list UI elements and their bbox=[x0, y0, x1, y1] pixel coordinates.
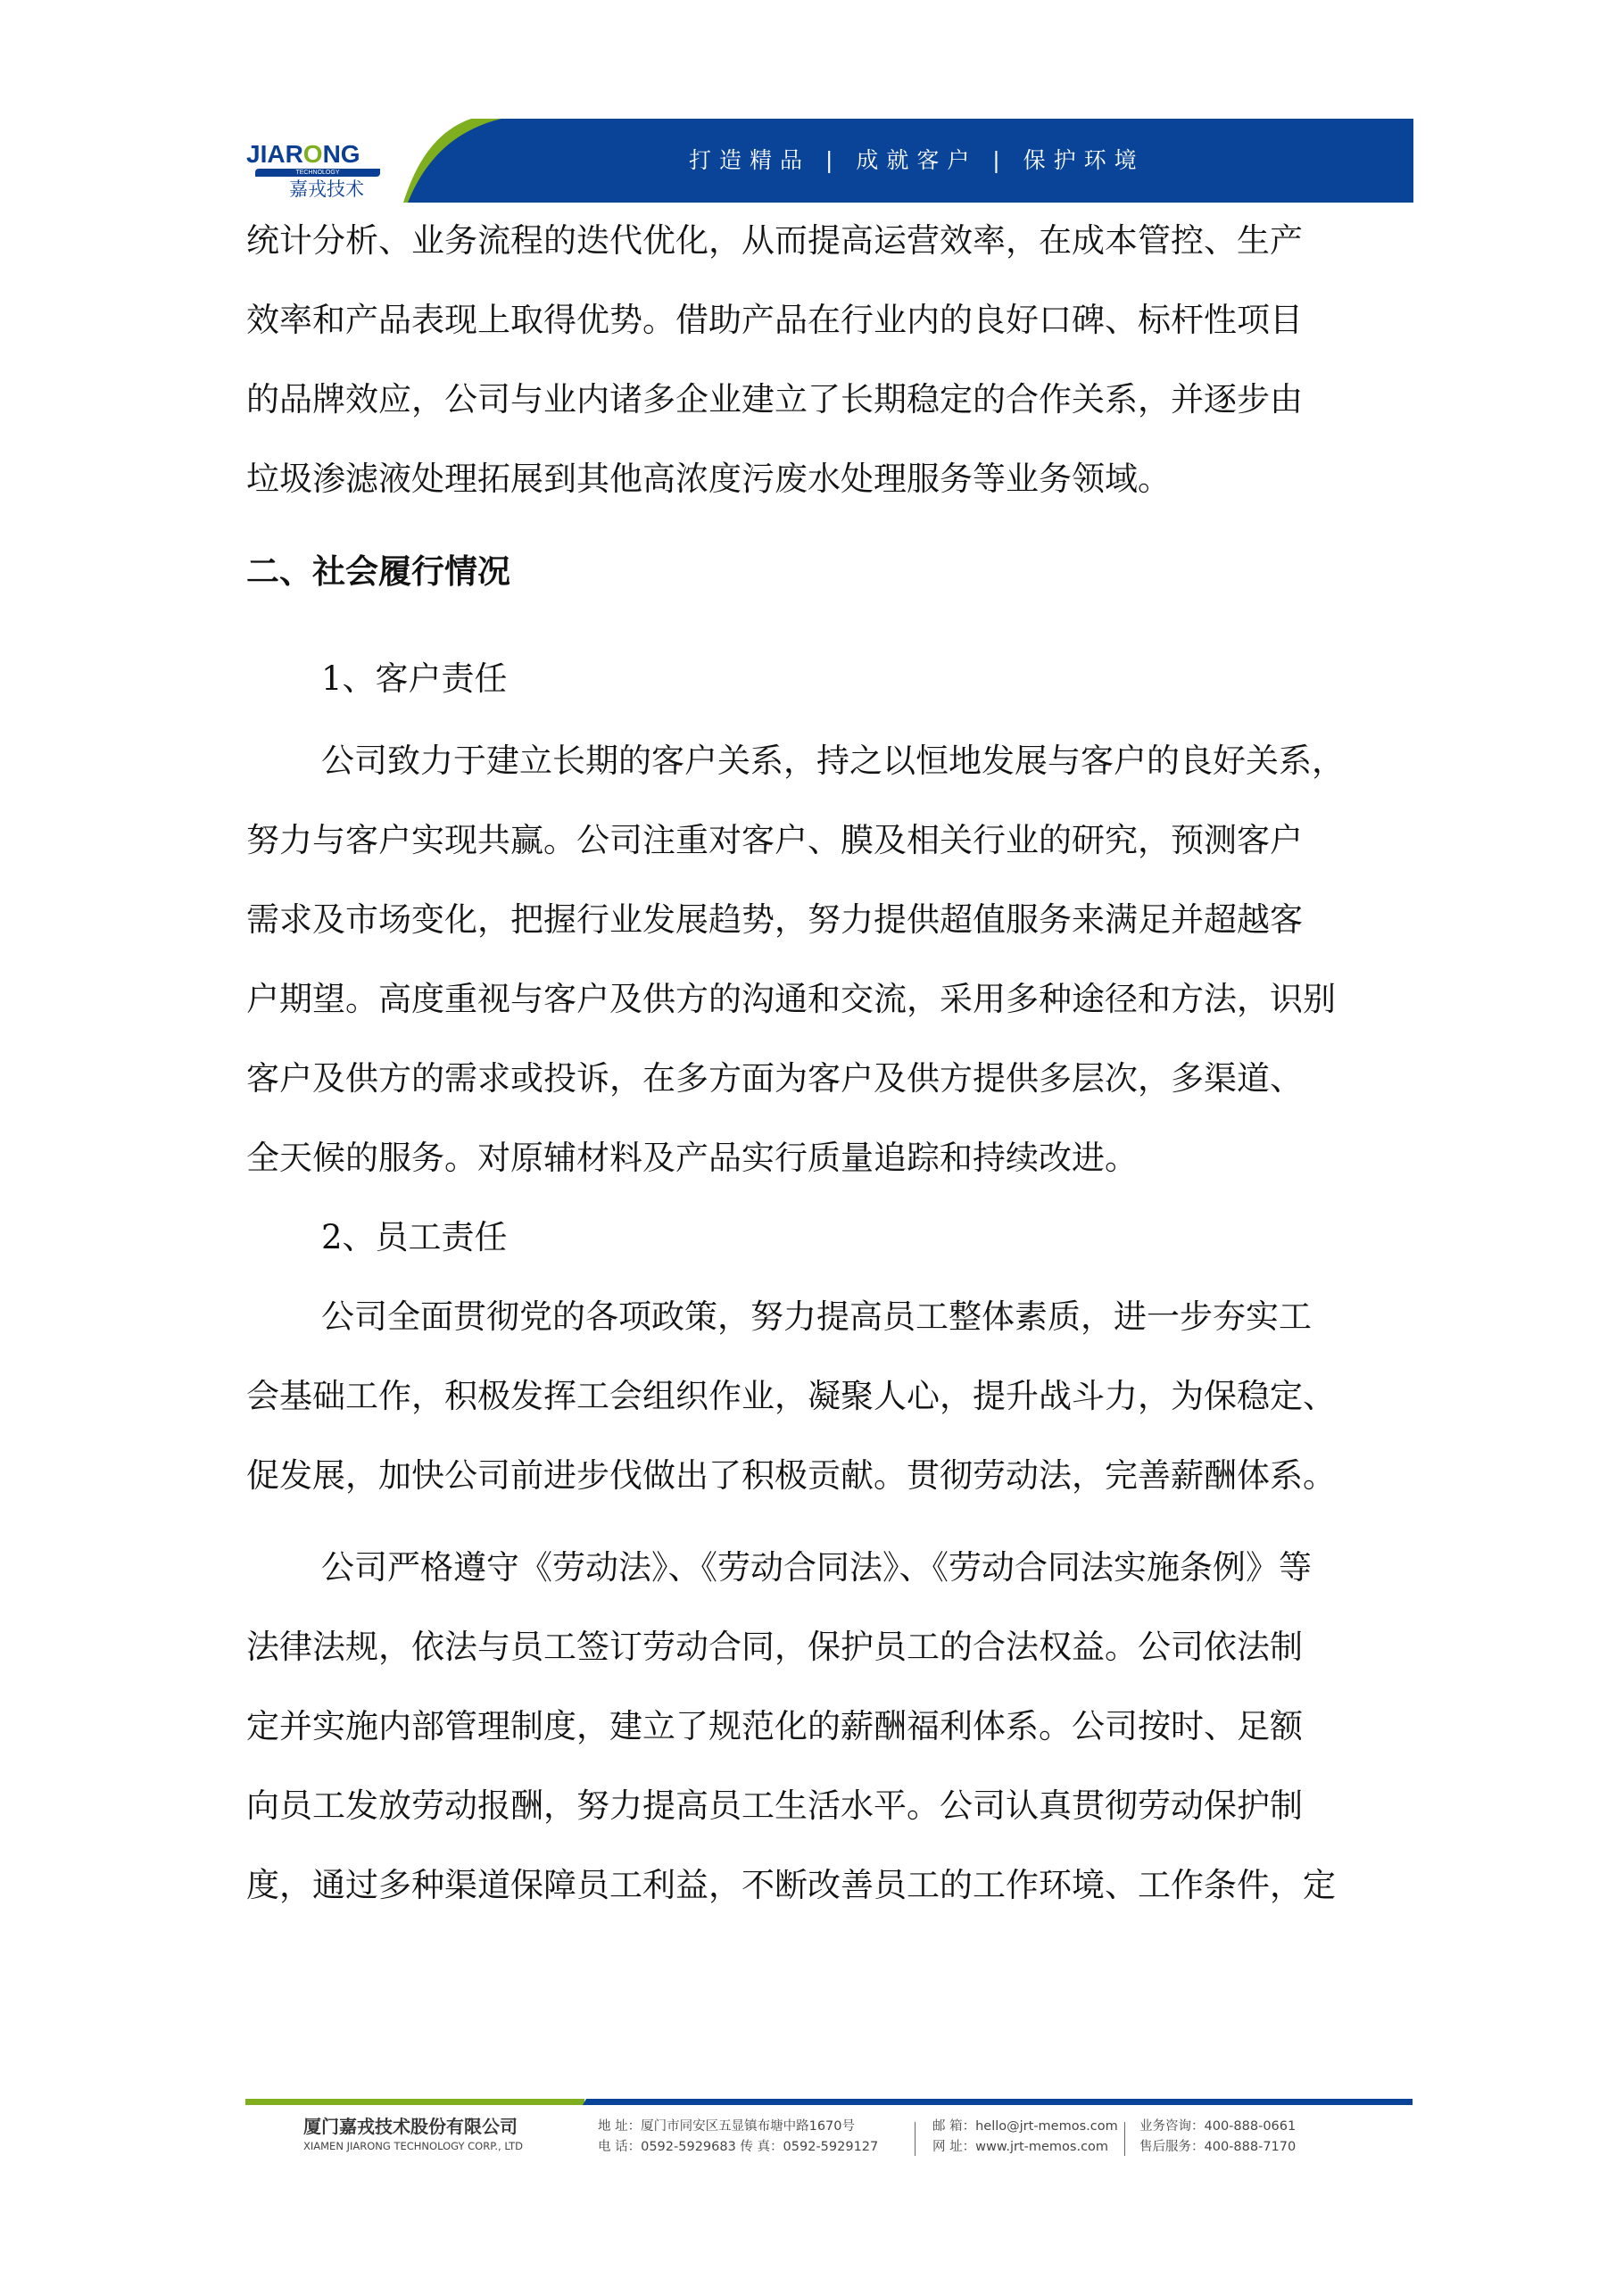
body-line: 全天候的服务。对原辅材料及产品实行质量追踪和持续改进。 bbox=[246, 1131, 1138, 1185]
body-line: 促发展，加快公司前进步伐做出了积极贡献。贯彻劳动法，完善薪酬体系。 bbox=[246, 1449, 1336, 1503]
body-line: 客户及供方的需求或投诉，在多方面为客户及供方提供多层次，多渠道、 bbox=[246, 1052, 1303, 1106]
section-heading: 二、社会履行情况 bbox=[246, 545, 510, 599]
footer-divider-blue bbox=[583, 2099, 1413, 2105]
footer-business-hotline: 业务咨询：400-888-0661 bbox=[1139, 2117, 1296, 2137]
company-logo: JIARONG TECHNOLOGY 嘉戎技术 bbox=[246, 141, 389, 203]
footer-address-block: 地 址：厦门市同安区五显镇布塘中路1670号 电 话：0592-5929683 … bbox=[598, 2117, 878, 2158]
body-line: 公司严格遵守《劳动法》、《劳动合同法》、《劳动合同法实施条例》等 bbox=[321, 1541, 1312, 1595]
footer-company-name-cn: 厦门嘉戎技术股份有限公司 bbox=[303, 2115, 518, 2138]
body-line: 法律法规，依法与员工签订劳动合同，保护员工的合法权益。公司依法制 bbox=[246, 1620, 1303, 1674]
body-line: 需求及市场变化，把握行业发展趋势，努力提供超值服务来满足并超越客 bbox=[246, 893, 1303, 947]
footer-address: 地 址：厦门市同安区五显镇布塘中路1670号 bbox=[598, 2117, 878, 2137]
logo-chinese-name: 嘉戎技术 bbox=[289, 178, 364, 201]
subsection-title-customer: 1、客户责任 bbox=[321, 652, 508, 706]
body-line: 努力与客户实现共赢。公司注重对客户、膜及相关行业的研究，预测客户 bbox=[246, 814, 1303, 867]
footer-divider-green bbox=[245, 2099, 584, 2105]
body-line: 的品牌效应，公司与业内诸多企业建立了长期稳定的合作关系，并逐步由 bbox=[246, 373, 1303, 427]
body-line: 会基础工作，积极发挥工会组织作业，凝聚人心，提升战斗力，为保稳定、 bbox=[246, 1370, 1336, 1423]
body-line: 向员工发放劳动报酬，努力提高员工生活水平。公司认真贯彻劳动保护制 bbox=[246, 1779, 1303, 1833]
body-line: 度，通过多种渠道保障员工利益，不断改善员工的工作环境、工作条件，定 bbox=[246, 1859, 1336, 1912]
header-banner: 打造精品 | 成就客户 | 保护环境 bbox=[403, 119, 1413, 203]
body-line: 公司致力于建立长期的客户关系，持之以恒地发展与客户的良好关系， bbox=[321, 734, 1345, 788]
footer-separator bbox=[915, 2122, 916, 2156]
subsection-title-employee: 2、员工责任 bbox=[321, 1211, 508, 1264]
body-line: 公司全面贯彻党的各项政策，努力提高员工整体素质，进一步夯实工 bbox=[321, 1290, 1312, 1344]
footer-service-hotline: 售后服务：400-888-7170 bbox=[1139, 2137, 1296, 2158]
footer-email: 邮 箱：hello@jrt-memos.com bbox=[932, 2117, 1118, 2137]
body-line: 效率和产品表现上取得优势。借助产品在行业内的良好口碑、标杆性项目 bbox=[246, 294, 1303, 347]
footer-company-name-en: XIAMEN JIARONG TECHNOLOGY CORP., LTD bbox=[303, 2139, 523, 2153]
footer-divider bbox=[245, 2099, 1413, 2105]
footer-contact-block: 邮 箱：hello@jrt-memos.com 网 址：www.jrt-memo… bbox=[932, 2117, 1118, 2158]
footer-phone-fax: 电 话：0592-5929683 传 真：0592-5929127 bbox=[598, 2137, 878, 2158]
body-line: 统计分析、业务流程的迭代优化，从而提高运营效率，在成本管控、生产 bbox=[246, 214, 1303, 268]
footer-separator bbox=[1124, 2122, 1125, 2156]
footer-hotline-block: 业务咨询：400-888-0661 售后服务：400-888-7170 bbox=[1139, 2117, 1296, 2158]
logo-tagline: TECHNOLOGY bbox=[255, 168, 380, 178]
body-line: 户期望。高度重视与客户及供方的沟通和交流，采用多种途径和方法，识别 bbox=[246, 973, 1336, 1026]
footer-website: 网 址：www.jrt-memos.com bbox=[932, 2137, 1118, 2158]
page-footer: 厦门嘉戎技术股份有限公司 XIAMEN JIARONG TECHNOLOGY C… bbox=[303, 2115, 1410, 2159]
body-line: 定并实施内部管理制度，建立了规范化的薪酬福利体系。公司按时、足额 bbox=[246, 1700, 1303, 1753]
header-slogan: 打造精品 | 成就客户 | 保护环境 bbox=[689, 119, 1145, 203]
body-line: 垃圾渗滤液处理拓展到其他高浓度污废水处理服务等业务领域。 bbox=[246, 452, 1171, 506]
logo-wordmark: JIARONG bbox=[246, 141, 360, 168]
